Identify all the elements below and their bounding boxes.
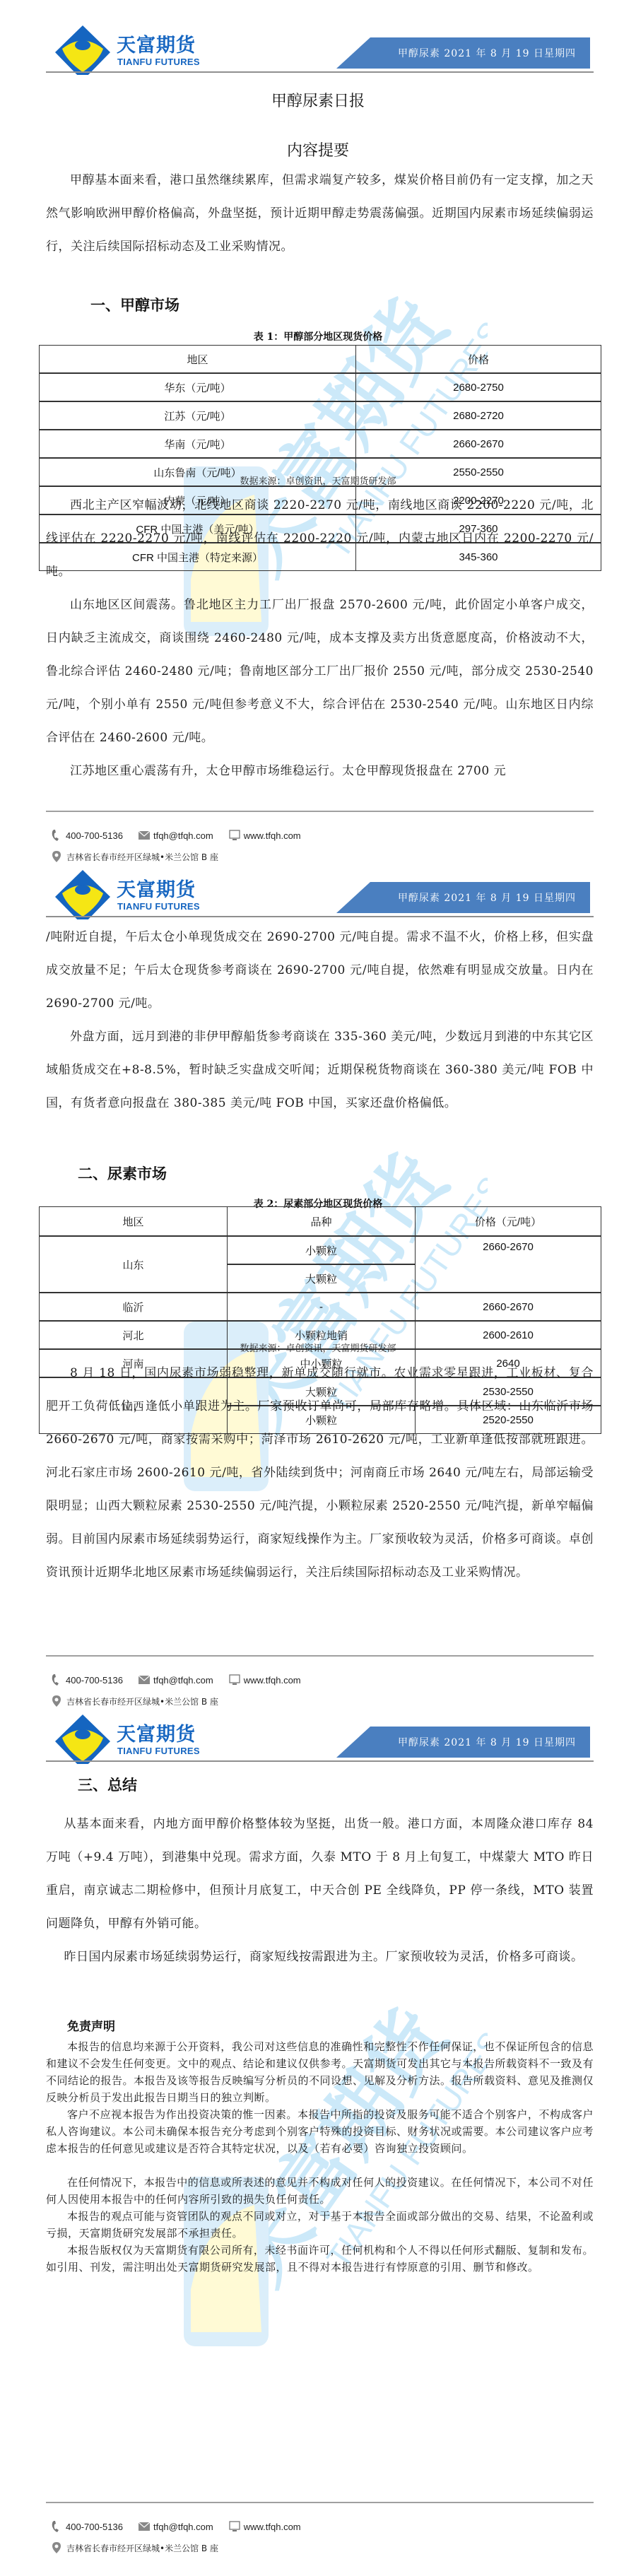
price-cell: 2660-2670 [416,1293,601,1321]
price-cell: 2680-2750 [356,373,601,401]
table-row: 江苏（元/吨）2680-2720 [40,401,601,430]
section-heading-methanol: 一、甲醇市场 [90,294,179,315]
header-banner-text: 甲醇尿素 2021 年 8 月 19 日星期四 [398,46,576,60]
monitor-icon [229,829,240,842]
tianfu-logo-icon [55,1715,110,1764]
footer-divider [46,1655,594,1657]
footer-address: 吉林省长春市经开区绿城•米兰公馆 B 座 [66,2542,218,2554]
region-cell: 江苏（元/吨） [40,401,356,430]
summary-paragraph: 甲醇基本面来看，港口虽然继续累库，但需求端复产较多，煤炭价格目前仍有一定支撑，加… [46,164,594,264]
footer-divider [46,811,594,812]
brand-name-cn: 天富期货 [117,30,196,57]
variety-cell: 小颗粒 [228,1236,416,1264]
header-divider [46,1760,594,1762]
paragraph-overseas: 外盘方面，远月到港的非伊甲醇船货参考商谈在 335-360 美元/吨，少数远月到… [46,1021,594,1120]
brand-name-en: TIANFU FUTURES [117,1746,200,1756]
disclaimer-heading: 免责声明 [67,2016,115,2034]
table-row: 华东（元/吨）2680-2750 [40,373,601,401]
monitor-icon [229,2520,240,2533]
disclaimer-paragraph: 本报告的信息均来源于公开资料，我公司对这些信息的准确性和完整性不作任何保证，也不… [46,2038,594,2106]
page-header: 天富期货 TIANFU FUTURES 甲醇尿素 2021 年 8 月 19 日… [0,0,636,78]
footer-phone: 400-700-5136 [66,830,123,841]
footer-divider [46,2502,594,2503]
summary-title: 内容提要 [0,139,636,160]
paragraph-jiangsu-part1: 江苏地区重心震荡有升，太仓甲醇市场维稳运行。太仓甲醇现货报盘在 2700 元 [46,755,594,788]
region-cell: 山东 [40,1236,228,1293]
price-cell: 2660-2670 [416,1236,601,1293]
tianfu-logo-icon [55,870,110,919]
table-header-row: 地区 价格 [40,346,601,374]
region-cell: 华东（元/吨） [40,373,356,401]
page-header: 天富期货 TIANFU FUTURES 甲醇尿素 2021 年 8 月 19 日… [0,1689,636,1767]
region-cell: 临沂 [40,1293,228,1321]
price-cell: 2660-2670 [356,430,601,458]
table-header-cell: 价格（元/吨） [416,1207,601,1237]
header-banner-text: 甲醇尿素 2021 年 8 月 19 日星期四 [398,890,576,905]
monitor-icon [229,1674,240,1686]
table-row: 山东 小颗粒 2660-2670 [40,1236,601,1264]
table2-source: 数据来源：卓创资讯，天富期货研发部 [0,1341,636,1354]
page-header: 天富期货 TIANFU FUTURES 甲醇尿素 2021 年 8 月 19 日… [0,845,636,922]
brand-name-en: TIANFU FUTURES [117,57,200,67]
variety-cell: - [228,1293,416,1321]
paragraph-summary-methanol: 从基本面来看，内地方面甲醇价格整体较为坚挺，出货一般。港口方面，本周隆众港口库存… [46,1808,594,1941]
footer-phone: 400-700-5136 [66,2522,123,2532]
phone-icon [51,829,62,842]
header-banner: 甲醇尿素 2021 年 8 月 19 日星期四 [336,882,590,913]
table-row: 临沂 - 2660-2670 [40,1293,601,1321]
table1-caption: 表 1：甲醇部分地区现货价格 [0,329,636,343]
paragraph-summary-urea: 昨日国内尿素市场延续弱势运行，商家短线按需跟进为主。厂家预收较为灵活，价格多可商… [46,1941,594,1974]
brand-name-cn: 天富期货 [117,1719,196,1746]
disclaimer-paragraph: 客户不应视本报告为作出投资决策的惟一因素。本报告中所指的投资及服务可能不适合个别… [46,2106,594,2157]
table1-source: 数据来源：卓创资讯，天富期货研发部 [0,474,636,487]
header-banner-text: 甲醇尿素 2021 年 8 月 19 日星期四 [398,1735,576,1749]
header-banner: 甲醇尿素 2021 年 8 月 19 日星期四 [336,37,590,69]
footer-website[interactable]: www.tfqh.com [244,2522,301,2532]
phone-icon [51,2520,62,2533]
location-pin-icon [51,2541,62,2554]
mail-icon [139,1674,150,1686]
mail-icon [139,2520,150,2533]
paragraph-jiangsu-part2: /吨附近自提，午后太仓小单现货成交在 2690-2700 元/吨自提。需求不温不… [46,921,594,1021]
header-banner: 甲醇尿素 2021 年 8 月 19 日星期四 [336,1727,590,1758]
table-header-cell: 价格 [356,346,601,374]
variety-cell: 大颗粒 [228,1264,416,1293]
tianfu-logo-icon [55,25,110,75]
paragraph-shandong: 山东地区区间震荡。鲁北地区主力工厂出厂报盘 2570-2600 元/吨，此价固定… [46,589,594,755]
table-header-cell: 品种 [228,1207,416,1237]
section-heading-urea: 二、尿素市场 [78,1163,167,1184]
table-header-cell: 地区 [40,1207,228,1237]
document-title: 甲醇尿素日报 [0,89,636,111]
footer-email[interactable]: tfqh@tfqh.com [153,830,213,841]
brand-name-en: TIANFU FUTURES [117,901,200,912]
footer-website[interactable]: www.tfqh.com [244,830,301,841]
table-header-row: 地区 品种 价格（元/吨） [40,1207,601,1237]
page-footer: 400-700-5136 tfqh@tfqh.com www.tfqh.com … [0,2502,636,2565]
table-row: 华南（元/吨）2660-2670 [40,430,601,458]
footer-email[interactable]: tfqh@tfqh.com [153,2522,213,2532]
region-cell: 华南（元/吨） [40,430,356,458]
footer-website[interactable]: www.tfqh.com [244,1675,301,1686]
mail-icon [139,829,150,842]
header-divider [46,71,594,73]
footer-email[interactable]: tfqh@tfqh.com [153,1675,213,1686]
footer-phone: 400-700-5136 [66,1675,123,1686]
section-heading-summary: 三、总结 [78,1774,137,1795]
table-header-cell: 地区 [40,346,356,374]
header-divider [46,916,594,917]
disclaimer-paragraph: 在任何情况下，本报告中的信息或所表述的意见并不构成对任何人的投资建议。在任何情况… [46,2174,594,2208]
paragraph-northwest: 西北主产区窄幅波动，北线地区商谈 2220-2270 元/吨，南线地区商谈 22… [46,489,594,589]
paragraph-urea-market: 8 月 18 日，国内尿素市场弱稳整理，新单成交随行就市。农业需求零星跟进，工业… [46,1357,594,1589]
price-cell: 2680-2720 [356,401,601,430]
brand-name-cn: 天富期货 [117,874,196,902]
disclaimer-paragraph: 本报告版权仅为天富期货有限公司所有，未经书面许可，任何机构和个人不得以任何形式翻… [46,2242,594,2276]
phone-icon [51,1674,62,1686]
disclaimer-paragraph: 本报告的观点可能与资管团队的观点不同或对立，对于基于本报告全面或部分做出的交易、… [46,2208,594,2242]
